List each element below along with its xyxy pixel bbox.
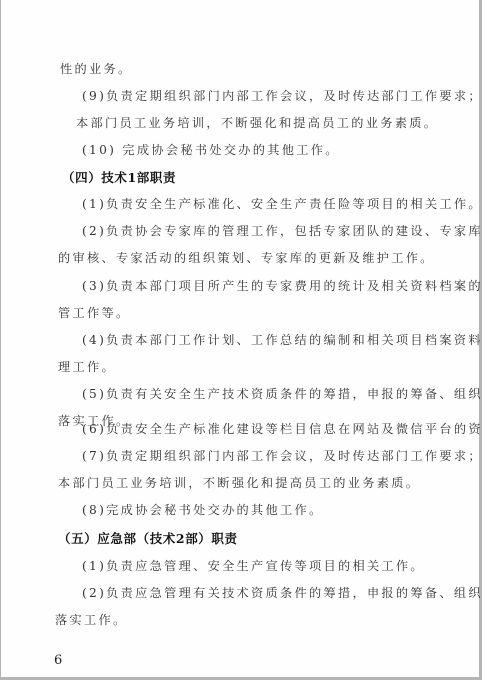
paragraph-line: (3)负责本部门项目所产生的专家费用的统计及相关资料档案的整理与保 (82, 278, 482, 294)
page-number: 6 (54, 653, 62, 669)
document-page: 性的业务。(9)负责定期组织部门内部工作会议，及时传达部门工作要求；定期组织本部… (1, 0, 479, 677)
paragraph-line: (1)负责应急管理、安全生产宣传等项目的相关工作。 (82, 558, 425, 574)
section-heading: （五）应急部（技术2部）职责 (58, 531, 238, 547)
paragraph-line: (5)负责有关安全生产技术资质条件的筹措，申报的筹备、组织、协调和 (82, 386, 482, 402)
section-heading: （四）技术1部职责 (62, 170, 176, 186)
paragraph-line: 本部门员工业务培训，不断强化和提高员工的业务素质。 (58, 475, 420, 491)
paragraph-line: 性的业务。 (60, 61, 132, 77)
paragraph-line: (2)负责应急管理有关技术资质条件的筹措，申报的筹备、组织、协调和 (82, 585, 482, 601)
paragraph-line: 的审核、专家活动的组织策划、专家库的更新及维护工作。 (58, 250, 435, 266)
paragraph-line: (9)负责定期组织部门内部工作会议，及时传达部门工作要求；定期组织 (82, 88, 482, 104)
paragraph-line: (8)完成协会秘书处交办的其他工作。 (82, 502, 323, 518)
paragraph-line: 管工作等。 (58, 305, 130, 321)
paragraph-line: (1)负责安全生产标准化、安全生产责任险等项目的相关工作。 (82, 196, 482, 212)
paragraph-line: 理工作。 (58, 359, 116, 375)
paragraph-line: (7)负责定期组织部门内部工作会议，及时传达部门工作要求；定期组织 (82, 448, 482, 464)
paragraph-line: 落实工作。 (55, 612, 127, 628)
paragraph-line: (10) 完成协会秘书处交办的其他工作。 (82, 142, 340, 158)
paragraph-line: (4)负责本部门工作计划、工作总结的编制和相关项目档案资料的归档管 (82, 332, 482, 348)
paragraph-line: (6)负责安全生产标准化建设等栏目信息在网站及微信平台的资料更新。 (82, 421, 482, 437)
paragraph-line: (2)负责协会专家库的管理工作，包括专家团队的建设、专家库入会资料 (82, 223, 482, 239)
paragraph-line: 本部门员工业务培训，不断强化和提高员工的业务素质。 (76, 115, 438, 131)
